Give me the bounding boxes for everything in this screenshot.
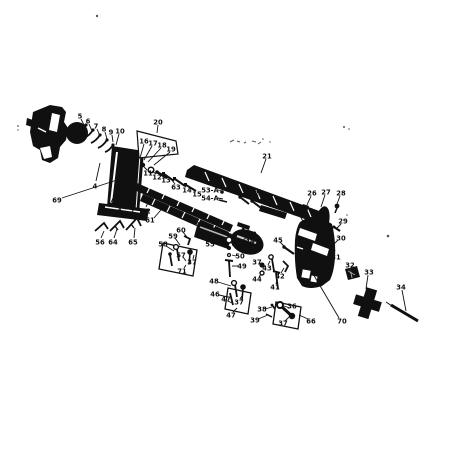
part-label: 37 [187,258,197,266]
part-label: 43 [262,264,272,272]
part-label: 56 [95,238,105,246]
part-label: 26 [307,189,317,197]
part-label: 36 [287,302,297,310]
part-label: 2 [130,207,135,215]
part-label: 39 [250,316,260,324]
part-label: 37 [278,319,288,327]
part-label: 51 [235,242,245,250]
bent-pins [95,218,141,231]
part-label: 66 [306,317,316,325]
part-label: 48 [209,277,219,285]
exploded-parts-diagram: 4567891069312626156646520161718191112136… [0,0,458,458]
part-label: 28 [336,189,346,197]
part-label: 10 [115,127,125,135]
leader-line [321,195,325,207]
part-label: 34 [396,283,406,291]
part-label: 53-A [201,186,219,194]
part-label: 41 [270,283,280,291]
part-label: 20 [153,118,163,126]
chuck-part-33 [350,285,385,322]
part-label: 49 [237,262,247,270]
part-label: 25 [293,209,303,217]
part-label: 5 [78,112,83,120]
part-label: 13 [161,176,171,184]
leader-line [402,290,406,311]
part-label: 9 [109,128,114,136]
part-label: 58 [158,240,168,248]
part-label: 31 [331,253,341,261]
leader-line [96,163,100,181]
parts-53a-54a [219,190,227,202]
part-label: 61 [145,216,155,224]
part-label: 32 [345,261,355,269]
leader-line [366,275,368,289]
part-label: 57 [176,251,186,259]
leader-line [261,159,266,173]
part-label: 33 [364,268,374,276]
part-label: 21 [262,152,272,160]
part-label: 69 [52,196,62,204]
part-label: 37 [252,258,262,266]
rod-part-34 [386,302,418,321]
part-label: 42 [275,272,285,280]
part-label: 71 [177,267,187,275]
part-label: 8 [102,125,107,133]
part-label: 30 [336,234,346,242]
part-label: 1 [118,207,123,215]
part-label: 46 [210,290,220,298]
part-label: 29 [338,217,348,225]
leader-line [116,134,119,145]
part-label: 70 [337,317,347,325]
part-label: 50 [235,252,245,260]
part-labels: 4567891069312626156646520161718191112136… [52,112,406,327]
part-label: 38 [257,305,267,313]
part-label: 45 [273,236,283,244]
part-label: 55 [205,240,215,248]
part-label: 7 [94,122,99,130]
leader-line [114,229,117,238]
part-label: 47 [226,311,236,319]
leader-line [101,231,104,238]
part-label: 63 [171,183,181,191]
part-label: 19 [166,145,176,153]
part-label: 54-A [201,194,219,202]
part-label: 44 [245,237,255,245]
part-label: 44 [252,275,262,283]
scanned-parts-diagram-page: 4567891069312626156646520161718191112136… [0,0,458,458]
part-label: 6 [86,117,91,125]
part-label: 22 [242,185,252,193]
part-label: 24 [263,195,273,203]
part-label: 14 [182,186,192,194]
part-label: 62 [141,207,151,215]
part-label: 3 [106,207,111,215]
left-housing [26,105,68,163]
part-label: 59 [168,232,178,240]
part-label: 47 [221,295,231,303]
leader-line [134,228,135,238]
part-label: 27 [321,188,331,196]
part-label: 64 [108,238,118,246]
part-label: 65 [128,238,138,246]
leader-line [218,282,231,286]
part-label: 37 [234,298,244,306]
